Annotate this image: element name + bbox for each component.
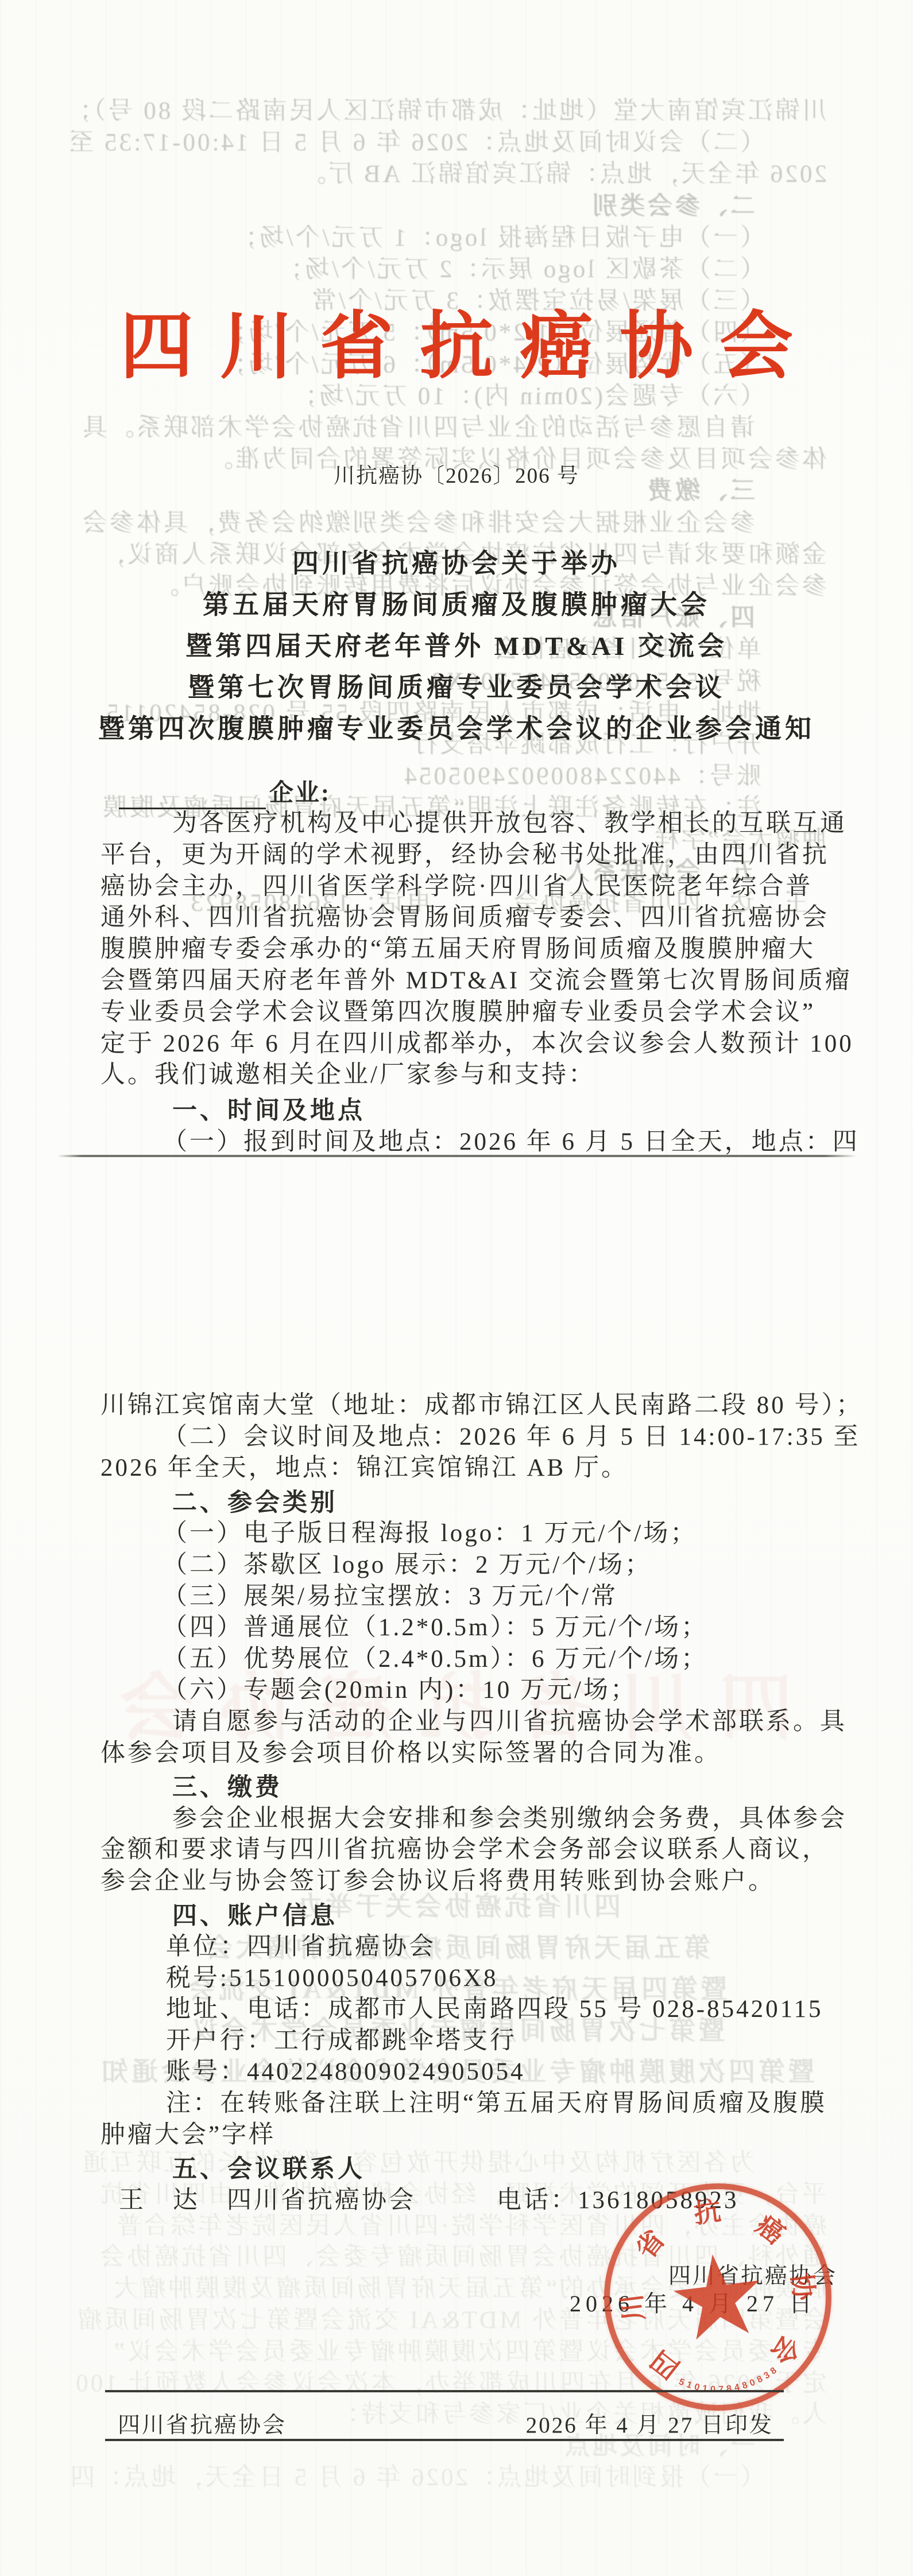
- text-line: 定于 2026 年 6 月在四川成都举办，本次会议参会人数预计 100: [100, 1029, 847, 1060]
- text-line: （四）普通展位（1.2*0.5m）：5 万元/个/场；: [100, 1612, 847, 1644]
- text-line: 请自愿参与活动的企业与四川省抗癌协会学术部联系。具: [100, 1706, 847, 1738]
- text-line: 2026 年全天，地点：锦江宾馆锦江 AB 厅。: [100, 1453, 847, 1484]
- fill-in-blank: [119, 782, 266, 809]
- text-line: 三、缴费: [100, 1772, 847, 1803]
- text-line: 注：在转账备注联上注明“第五届天府胃肠间质瘤及腹膜: [100, 2088, 847, 2120]
- text-line: （一）电子版日程海报 logo：1 万元/个/场；: [100, 1518, 847, 1550]
- salutation-line: 企业:: [100, 777, 331, 809]
- text-line: 地址、电话：成都市人民南路四段 55 号 028-85420115: [100, 1994, 847, 2026]
- text-line: 会暨第四届天府老年普外 MDT&AI 交流会暨第七次胃肠间质瘤: [100, 965, 847, 997]
- text-line: （一）电子版日程海报 logo：1 万元/个/场；: [86, 222, 827, 254]
- seal-ring-char: 抗: [691, 2196, 724, 2229]
- text-line: 体参会项目及参会项目价格以实际签署的合同为准。: [100, 1738, 847, 1770]
- text-line: 参会企业与协会签订参会协议后将费用转账到协会账户。: [100, 1866, 847, 1898]
- page1-body: 为各医疗机构及中心提供开放包容、教学相长的互联互通平台，更为开阔的学术视野，经协…: [100, 808, 847, 1158]
- title-line: 暨第七次胃肠间质瘤专业委员会学术会议: [0, 667, 913, 708]
- text-line: 参会企业根据大会安排和参会类别缴纳会务费，具体参会: [100, 1803, 847, 1835]
- salutation-label: 企业:: [269, 780, 331, 806]
- title-line: 四川省抗癌协会关于举办: [0, 543, 913, 584]
- text-line: （一）报到时间及地点：2026 年 6 月 5 日全天，地点：四: [86, 2462, 827, 2494]
- text-line: 一、时间及地点: [100, 1095, 847, 1127]
- text-line: 川锦江宾馆南大堂（地址：成都市锦江区人民南路二段 80 号）；: [100, 1390, 847, 1422]
- text-line: 2026 年全天，地点：锦江宾馆锦江 AB 厅。: [86, 158, 827, 190]
- title-line: 第五届天府胃肠间质瘤及腹膜肿瘤大会: [0, 584, 913, 626]
- text-line: 账号：4402248009024905054: [100, 2057, 847, 2088]
- text-line: 四、账户信息: [100, 1900, 847, 1932]
- seal-ring-char: 川: [617, 2291, 650, 2324]
- text-line: 肿瘤大会”字样: [100, 2120, 847, 2151]
- text-line: 癌协会主办，四川省医学科学院·四川省人民医院老年综合普: [100, 871, 847, 903]
- text-line: 二、参会类别: [100, 1487, 847, 1519]
- text-line: （二）茶歇区 logo 展示：2 万元/个/场；: [100, 1550, 847, 1581]
- text-line: 开户行：工行成都跳伞塔支行: [100, 2026, 847, 2057]
- notice-title: 四川省抗癌协会关于举办第五届天府胃肠间质瘤及腹膜肿瘤大会暨第四届天府老年普外 M…: [0, 543, 913, 750]
- doc-number: 川抗癌协〔2026〕206 号: [0, 458, 913, 489]
- title-line: 暨第四次腹膜肿瘤专业委员会学术会议的企业参会通知: [0, 708, 913, 750]
- text-line: （三）展架/易拉宝摆放：3 万元/个/常: [100, 1581, 847, 1613]
- scanned-document: 川锦江宾馆南大堂（地址：成都市锦江区人民南路二段 80 号）；（二）会议时间及地…: [0, 0, 913, 2576]
- text-line: 人。我们诚邀相关企业/厂家参与和支持：: [100, 1060, 847, 1091]
- footer-rule-bottom: [105, 2439, 784, 2441]
- page2-body: 川锦江宾馆南大堂（地址：成都市锦江区人民南路二段 80 号）；（二）会议时间及地…: [100, 1390, 847, 2216]
- page1-bottom-edge: [57, 1155, 857, 1157]
- text-line: （六）专题会(20min 内)：10 万元/场；: [100, 1675, 847, 1706]
- text-line: （五）优势展位（2.4*0.5m）：6 万元/个/场；: [100, 1644, 847, 1675]
- text-line: 川锦江宾馆南大堂（地址：成都市锦江区人民南路二段 80 号）；: [86, 95, 827, 127]
- text-line: 为各医疗机构及中心提供开放包容、教学相长的互联互通: [100, 808, 847, 840]
- text-line: 单位：四川省抗癌协会: [100, 1931, 847, 1963]
- text-line: 腹膜肿瘤专委会承办的“第五届天府胃肠间质瘤及腹膜肿瘤大: [100, 934, 847, 965]
- text-line: 二、参会类别: [86, 191, 827, 222]
- text-line: 金额和要求请与四川省抗癌协会学术会务部会议联系人商议，: [100, 1834, 847, 1866]
- text-line: （二）会议时间及地点：2026 年 6 月 5 日 14:00-17:35 至: [86, 127, 827, 158]
- footer-rule-top: [105, 2390, 784, 2392]
- text-line: （二）会议时间及地点：2026 年 6 月 5 日 14:00-17:35 至: [100, 1422, 847, 1453]
- text-line: （一）报到时间及地点：2026 年 6 月 5 日全天，地点：四: [100, 1127, 847, 1158]
- text-line: 参会企业根据大会安排和参会类别缴纳会务费，具体参会: [86, 507, 827, 539]
- text-line: 专业委员会学术会议暨第四次腹膜肿瘤专业委员会学术会议”: [100, 997, 847, 1029]
- seal-ring-char: 协: [786, 2270, 819, 2303]
- title-line: 暨第四届天府老年普外 MDT&AI 交流会: [0, 626, 913, 667]
- footer-print-date: 2026 年 4 月 27 日印发: [526, 2407, 773, 2439]
- text-line: 平台，更为开阔的学术视野，经协会秘书处批准，由四川省抗: [100, 840, 847, 871]
- text-line: 通外科、四川省抗癌协会胃肠间质瘤专委会、四川省抗癌协会: [100, 902, 847, 934]
- text-line: （二）茶歇区 logo 展示：2 万元/个/场；: [86, 254, 827, 285]
- org-header: 四川省抗癌协会: [0, 307, 913, 387]
- text-line: 税号:5151000050405706X8: [100, 1963, 847, 1995]
- text-line: 请自愿参与活动的企业与四川省抗癌协会学术部联系。具: [86, 412, 827, 444]
- footer-issuer: 四川省抗癌协会: [118, 2407, 287, 2439]
- official-seal: 四川省抗癌协会 5101078480838: [591, 2170, 844, 2423]
